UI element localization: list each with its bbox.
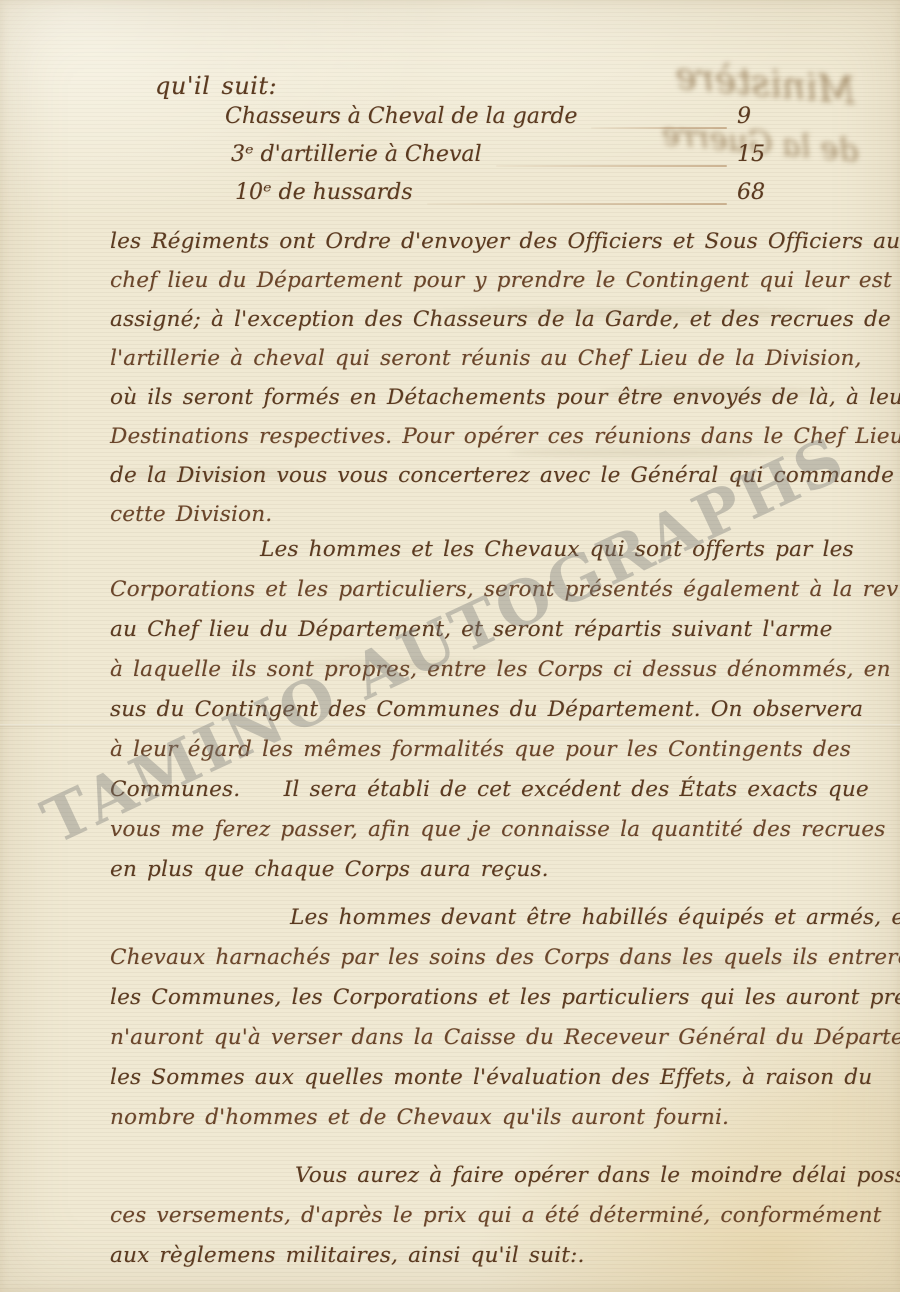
manuscript-line: assigné; à l'exception des Chasseurs de … (110, 300, 855, 339)
manuscript-line: Corporations et les particuliers, seront… (110, 570, 855, 610)
paragraph: les Régiments ont Ordre d'envoyer des Of… (110, 222, 855, 534)
manuscript-line: Chevaux harnachés par les soins des Corp… (110, 938, 855, 978)
manuscript-line: n'auront qu'à verser dans la Caisse du R… (110, 1018, 855, 1058)
manuscript-line: les Sommes aux quelles monte l'évaluatio… (110, 1058, 855, 1098)
leader-line (427, 203, 727, 205)
manuscript-line: à leur égard les mêmes formalités que po… (110, 730, 855, 770)
manuscript-line: de la Division vous vous concerterez ave… (110, 456, 855, 495)
manuscript-line: à laquelle ils sont propres, entre les C… (110, 650, 855, 690)
manuscript-line: aux règlemens militaires, ainsi qu'il su… (110, 1236, 855, 1276)
manuscript-line: où ils seront formés en Détachements pou… (110, 378, 855, 417)
unit-count: 15 (737, 142, 785, 167)
paragraph: Les hommes devant être habillés équipés … (110, 898, 855, 1138)
unit-label: 3ᵉ d'artillerie à Cheval (231, 142, 482, 167)
manuscript-line: en plus que chaque Corps aura reçus. (110, 850, 855, 890)
roster-row: 3ᵉ d'artillerie à Cheval 15 (225, 142, 785, 180)
manuscript-line: chef lieu du Département pour y prendre … (110, 261, 855, 300)
roster-row: 10ᵉ de hussards 68 (225, 180, 785, 218)
manuscript-line: Destinations respectives. Pour opérer ce… (110, 417, 855, 456)
unit-count: 9 (737, 104, 785, 129)
manuscript-line: les Communes, les Corporations et les pa… (110, 978, 855, 1018)
manuscript-line: nombre d'hommes et de Chevaux qu'ils aur… (110, 1098, 855, 1138)
manuscript-line: vous me ferez passer, afin que je connai… (110, 810, 855, 850)
manuscript-line: l'artillerie à cheval qui seront réunis … (110, 339, 855, 378)
unit-label: 10ᵉ de hussards (235, 180, 413, 205)
unit-label: Chasseurs à Cheval de la garde (225, 104, 577, 129)
manuscript-page: Ministère de la Guerre qu'il suit: Chass… (0, 0, 900, 1292)
manuscript-line: Communes. Il sera établi de cet excédent… (110, 770, 855, 810)
manuscript-line: sus du Contingent des Communes du Départ… (110, 690, 855, 730)
unit-count: 68 (737, 180, 785, 205)
leader-line (496, 165, 727, 167)
unit-roster: Chasseurs à Cheval de la garde 9 3ᵉ d'ar… (225, 104, 785, 218)
roster-row: Chasseurs à Cheval de la garde 9 (225, 104, 785, 142)
manuscript-line: Vous aurez à faire opérer dans le moindr… (110, 1156, 855, 1196)
paragraph: Les hommes et les Chevaux qui sont offer… (110, 530, 855, 890)
manuscript-line: Les hommes devant être habillés équipés … (110, 898, 855, 938)
manuscript-line: au Chef lieu du Département, et seront r… (110, 610, 855, 650)
paragraph: Vous aurez à faire opérer dans le moindr… (110, 1156, 855, 1276)
manuscript-line: ces versements, d'après le prix qui a ét… (110, 1196, 855, 1236)
manuscript-line: cette Division. (110, 495, 855, 534)
intro-line: qu'il suit: (155, 72, 277, 100)
manuscript-line: les Régiments ont Ordre d'envoyer des Of… (110, 222, 855, 261)
manuscript-line: Les hommes et les Chevaux qui sont offer… (110, 530, 855, 570)
leader-line (591, 127, 727, 129)
